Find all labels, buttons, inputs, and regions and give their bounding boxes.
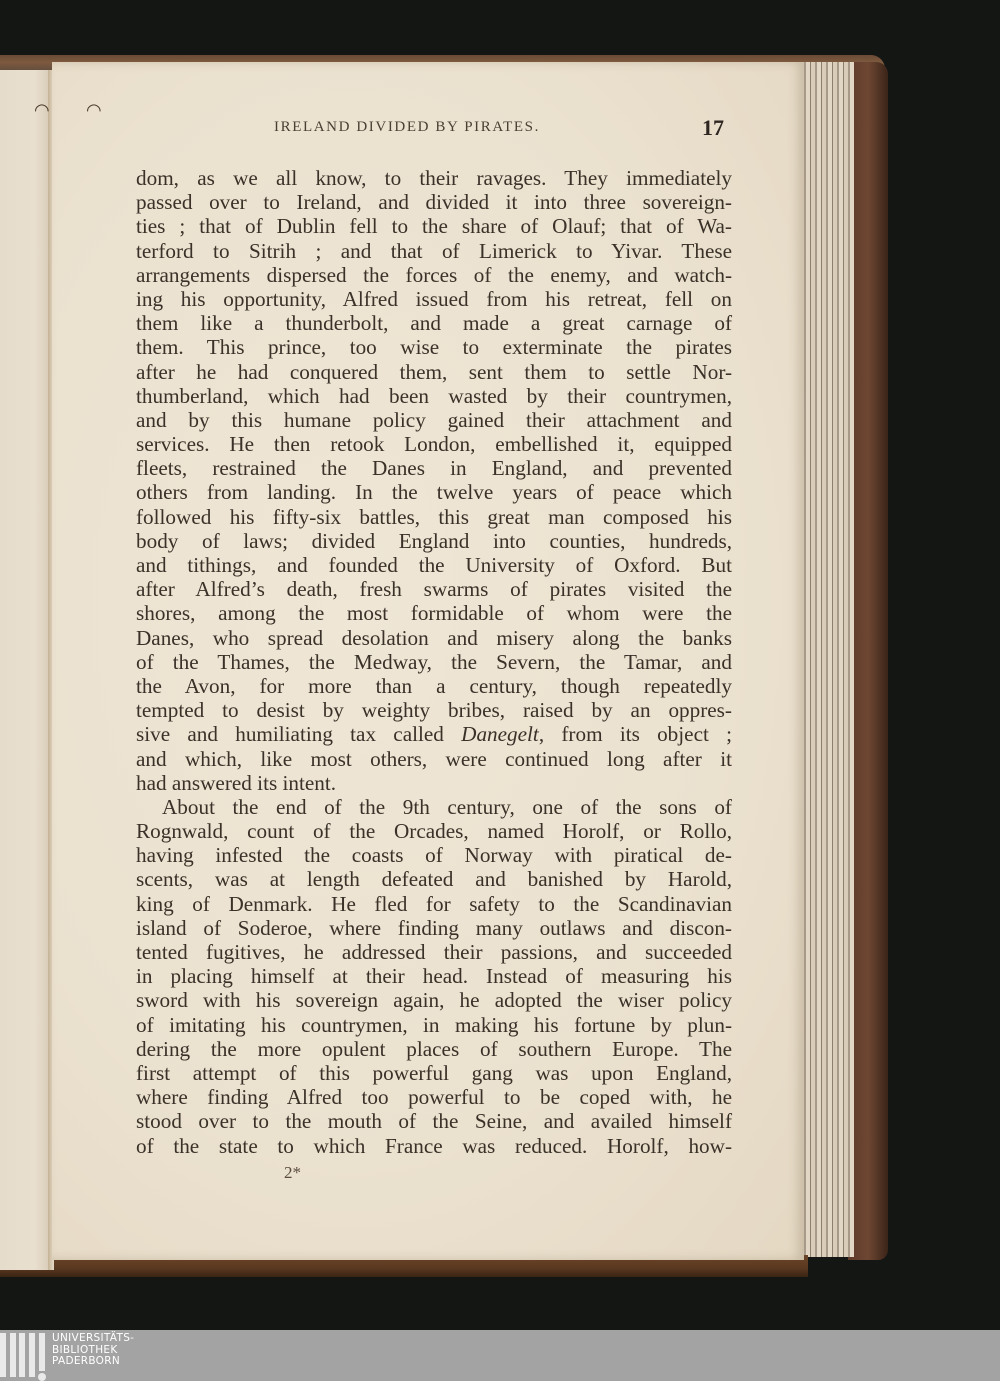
page-number: 17 [702,115,724,141]
text-line: arrangements dispersed the forces of the… [136,263,732,287]
text-line: dom, as we all know, to their ravages. T… [136,166,732,190]
text-line: services. He then retook London, embelli… [136,432,732,456]
margin-mark: ◠ [34,100,50,121]
text-line: and tithings, and founded the University… [136,553,732,577]
body-text: dom, as we all know, to their ravages. T… [136,166,732,1158]
text-line: after Alfred’s death, fresh swarms of pi… [136,577,732,601]
text-line: dering the more opulent places of southe… [136,1037,732,1061]
text-line: had answered its intent. [136,771,732,795]
logo-dot [38,1373,46,1381]
text-line: tempted to desist by weighty bribes, rai… [136,698,732,722]
text-line: them like a thunderbolt, and made a grea… [136,311,732,335]
text-segment: sive and humiliating tax called [136,722,461,746]
logo-bar [10,1333,16,1377]
text-line: scents, was at length defeated and banis… [136,867,732,891]
text-line: shores, among the most formidable of who… [136,601,732,625]
book-page: IRELAND DIVIDED BY PIRATES. 17 dom, as w… [52,62,804,1260]
text-segment: , from its object ; [539,722,732,746]
text-line: having infested the coasts of Norway wit… [136,843,732,867]
text-line: sive and humiliating tax called Danegelt… [136,722,732,746]
logo-bar [19,1333,25,1377]
library-logo-icon [0,1333,46,1379]
logo-bar [29,1333,35,1377]
scan-area: IRELAND DIVIDED BY PIRATES. 17 dom, as w… [0,0,1000,1330]
running-title: IRELAND DIVIDED BY PIRATES. [274,119,540,136]
text-line: Rognwald, count of the Orcades, named Ho… [136,819,732,843]
logo-line-3: PADERBORN [52,1356,134,1368]
text-line: the Avon, for more than a century, thoug… [136,674,732,698]
text-line: ties ; that of Dublin fell to the share … [136,214,732,238]
text-line: stood over to the mouth of the Seine, an… [136,1109,732,1133]
page-stack-edge [800,62,854,1257]
text-line: after he had conquered them, sent them t… [136,360,732,384]
text-line: island of Soderoe, where finding many ou… [136,916,732,940]
italic-term: Danegelt [461,722,539,746]
text-line: of the state to which France was reduced… [136,1134,732,1158]
text-line: ing his opportunity, Alfred issued from … [136,287,732,311]
text-line: where finding Alfred too powerful to be … [136,1085,732,1109]
text-line: About the end of the 9th century, one of… [136,795,732,819]
book-cover-right-edge [848,62,888,1260]
text-line: of the Thames, the Medway, the Severn, t… [136,650,732,674]
text-line: fleets, restrained the Danes in England,… [136,456,732,480]
text-line: of imitating his countrymen, in making h… [136,1013,732,1037]
text-line: passed over to Ireland, and divided it i… [136,190,732,214]
text-line: and by this humane policy gained their a… [136,408,732,432]
library-logo-text: UNIVERSITÄTS- BIBLIOTHEK PADERBORN [52,1333,134,1368]
text-line: in placing himself at their head. Instea… [136,964,732,988]
text-line: others from landing. In the twelve years… [136,480,732,504]
text-line: terford to Sitrih ; and that of Limerick… [136,239,732,263]
text-line: Danes, who spread desolation and misery … [136,626,732,650]
text-line: first attempt of this powerful gang was … [136,1061,732,1085]
text-line: king of Denmark. He fled for safety to t… [136,892,732,916]
signature-mark: 2* [284,1163,301,1183]
logo-bar [0,1333,6,1377]
text-line: body of laws; divided England into count… [136,529,732,553]
text-line: and which, like most others, were contin… [136,747,732,771]
logo-line-1: UNIVERSITÄTS- [52,1333,134,1345]
text-line: thumberland, which had been wasted by th… [136,384,732,408]
logo-bar [39,1333,45,1371]
margin-mark: ◠ [86,100,102,121]
footer-bar: UNIVERSITÄTS- BIBLIOTHEK PADERBORN [0,1330,1000,1381]
text-line: sword with his sovereign again, he adopt… [136,988,732,1012]
text-line: followed his fifty-six battles, this gre… [136,505,732,529]
left-facing-page [0,70,52,1270]
text-line: tented fugitives, he addressed their pas… [136,940,732,964]
text-line: them. This prince, too wise to extermina… [136,335,732,359]
running-head: IRELAND DIVIDED BY PIRATES. 17 [52,119,804,143]
